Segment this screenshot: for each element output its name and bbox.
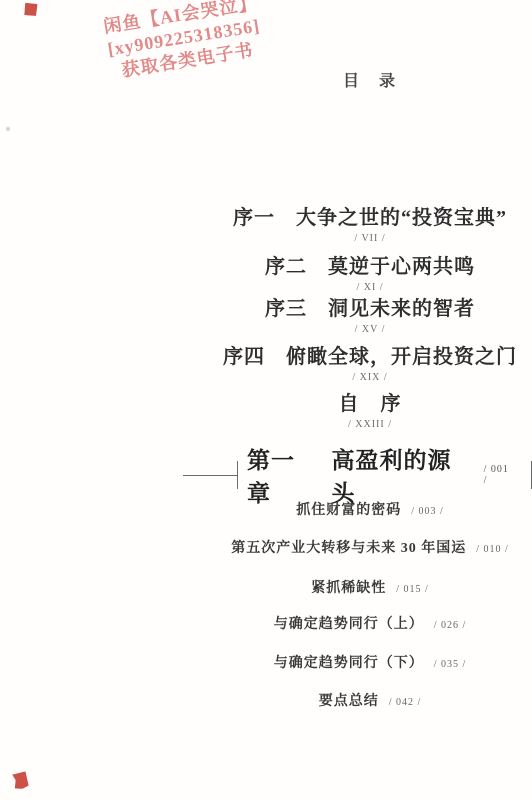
preface-page-number: / XV /: [208, 324, 532, 336]
red-seal-mark-top-left: [23, 2, 38, 17]
toc-entry-preface-1: 序一 大争之世的“投资宝典” / VII /: [208, 206, 532, 245]
chapter-title: 高盈利的源头: [332, 442, 475, 508]
section-title: 与确定趋势同行（上）: [274, 617, 424, 632]
toc-entry-preface-4: 序四 俯瞰全球，开启投资之门 / XIX /: [208, 345, 532, 384]
book-toc-page: { "colors": { "watermark_red": "#d55c5c"…: [0, 0, 532, 800]
preface-title: 序二 莫逆于心两共鸣: [208, 255, 532, 279]
chapter-label: 第一章: [247, 442, 319, 508]
preface-page-number: / XXIII /: [208, 419, 532, 431]
preface-title: 序四 俯瞰全球，开启投资之门: [208, 345, 532, 369]
section-page-number: / 026 /: [434, 620, 467, 631]
preface-title: 自 序: [208, 392, 532, 416]
scanned-page-background: 闲鱼【AI会哭泣】 [xy909225318356] 获取各类电子书 目 录 序…: [0, 0, 532, 800]
section-page-number: / 003 /: [411, 506, 444, 517]
section-page-number: / 015 /: [396, 584, 429, 595]
toc-chapter-heading: 第一章 高盈利的源头 / 001 /: [0, 458, 532, 492]
toc-entry-preface-3: 序三 洞见未来的智者 / XV /: [208, 297, 532, 336]
section-page-number: / 042 /: [389, 697, 422, 708]
chapter-bar-left: [237, 461, 238, 489]
section-title: 紧抓稀缺性: [311, 581, 386, 596]
toc-section-row: 要点总结/ 042 /: [208, 693, 532, 712]
toc-section-row: 与确定趋势同行（上）/ 026 /: [208, 616, 532, 635]
toc-section-row: 抓住财富的密码/ 003 /: [208, 502, 532, 521]
section-title: 第五次产业大转移与未来 30 年国运: [231, 541, 466, 556]
chapter-rule-left: [183, 475, 237, 476]
section-title: 抓住财富的密码: [296, 503, 401, 518]
preface-page-number: / XIX /: [208, 372, 532, 384]
preface-title: 序一 大争之世的“投资宝典”: [208, 206, 532, 230]
section-page-number: / 010 /: [476, 544, 509, 555]
section-title: 要点总结: [319, 694, 379, 709]
preface-page-number: / XI /: [208, 282, 532, 294]
chapter-page-number: / 001 /: [484, 464, 516, 486]
scan-speck: [6, 127, 10, 131]
toc-title: 目 录: [208, 71, 532, 93]
section-page-number: / 035 /: [434, 659, 467, 670]
toc-entry-preface-2: 序二 莫逆于心两共鸣 / XI /: [208, 255, 532, 294]
toc-entry-self-preface: 自 序 / XXIII /: [208, 392, 532, 431]
preface-page-number: / VII /: [208, 233, 532, 245]
toc-section-row: 第五次产业大转移与未来 30 年国运/ 010 /: [208, 540, 532, 559]
section-title: 与确定趋势同行（下）: [274, 656, 424, 671]
toc-section-row: 与确定趋势同行（下）/ 035 /: [208, 655, 532, 674]
red-seal-mark-bottom-left: [12, 771, 29, 790]
toc-section-row: 紧抓稀缺性/ 015 /: [208, 580, 532, 599]
preface-title: 序三 洞见未来的智者: [208, 297, 532, 321]
